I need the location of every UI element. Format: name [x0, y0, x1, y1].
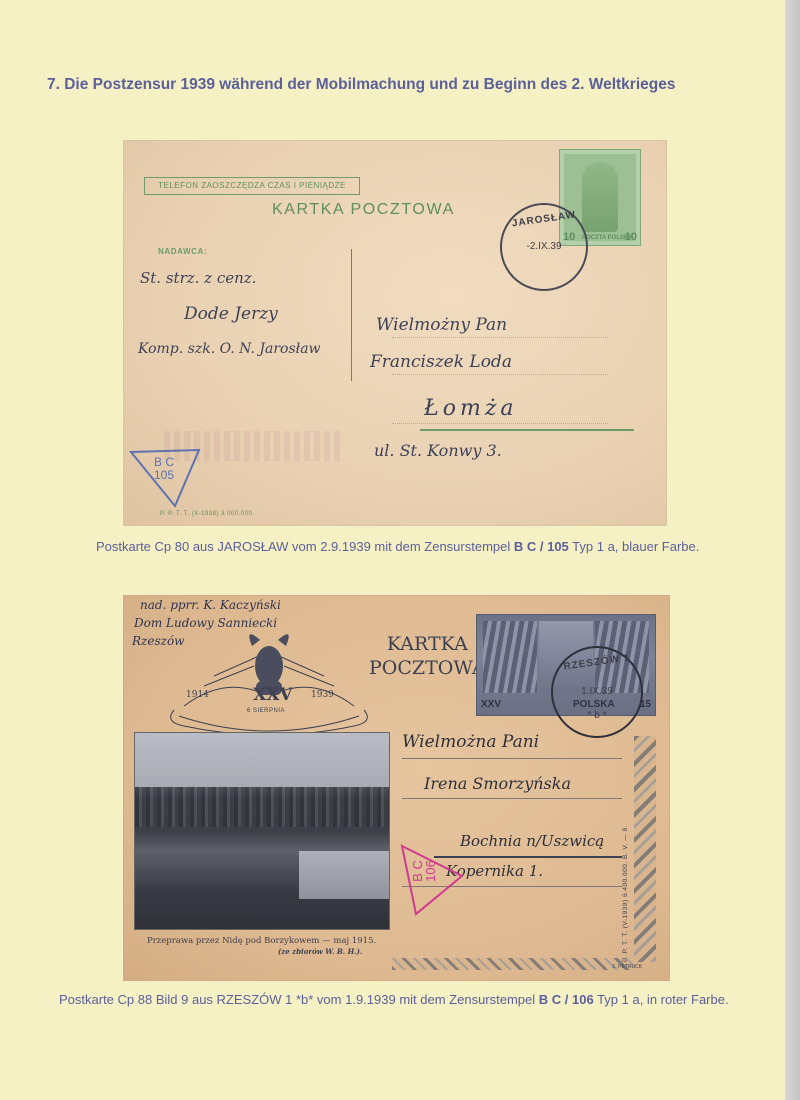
stamp-denomination: 10 [625, 231, 637, 243]
postmark-place: JAROSŁAW [502, 208, 587, 231]
address-line: Wielmożna Pani [402, 732, 539, 752]
censor-number: 106 [424, 849, 437, 893]
stamp-panel-marching-soldiers [483, 621, 537, 693]
postmark-date: -2.IX.39 [502, 241, 586, 252]
photo-source: (ze zbiorów W. B. H.). [278, 947, 362, 956]
caption-censor-code: B C / 106 [539, 992, 594, 1007]
stamp-roman: XXV [481, 695, 501, 715]
caption: Postkarte Cp 88 Bild 9 aus RZESZÓW 1 *b*… [59, 992, 729, 1007]
photo-crowd [135, 787, 389, 827]
postmark: JAROSŁAW -2.IX.39 [500, 203, 588, 291]
address-line: Wielmożny Pan [376, 315, 507, 335]
historic-photo [134, 732, 390, 930]
page-edge [785, 0, 800, 1100]
photo-caption: Przeprawa przez Nidę pod Borzykowem — ma… [147, 936, 376, 946]
sender-line: nad. pprr. K. Kaczyński [140, 598, 281, 612]
stamp-figure-image [582, 162, 618, 232]
sender-line: Rzeszów [132, 634, 184, 648]
postmark-suffix: * b * [553, 710, 641, 721]
album-page: 7. Die Postzensur 1939 während der Mobil… [0, 0, 785, 1100]
caption-text: Postkarte Cp 88 Bild 9 aus RZESZÓW 1 *b*… [59, 992, 539, 1007]
censor-stamp-text: B C 105 [139, 456, 189, 482]
printer-mark: S. PETRUCK [612, 964, 642, 970]
address-rule [402, 758, 622, 759]
page-title: 7. Die Postzensur 1939 während der Mobil… [47, 76, 675, 94]
card-imprint: P. P. T. T. (X-1938) 3.000.000. [160, 511, 254, 517]
caption-text: Postkarte Cp 80 aus JAROSŁAW vom 2.9.193… [96, 539, 514, 554]
emblem-year-end: 1939 [311, 690, 334, 700]
ribbon-border-bottom [392, 958, 634, 970]
address-rule [392, 423, 608, 424]
postcard-rzeszow: 1914 XXV 1939 6 SIERPNIA nad. pprr. K. K… [124, 596, 669, 980]
advert-box: TELEFON ZAOSZCZĘDZA CZAS I PIENIĄDZE [144, 177, 360, 195]
address-line: Bochnia n/Uszwicą [460, 832, 604, 850]
address-line: Łomża [424, 396, 518, 421]
sender-line: St. strz. z cenz. [140, 269, 256, 287]
caption-censor-code: B C / 105 [514, 539, 569, 554]
address-rule [392, 374, 608, 375]
caption-text: Typ 1 a, blauer Farbe. [569, 539, 700, 554]
address-line: Franciszek Loda [370, 352, 512, 372]
censor-number: 105 [139, 469, 189, 482]
emblem-roman: XXV [253, 685, 293, 705]
censor-stamp: B C 106 [398, 844, 470, 916]
ribbon-border-right [634, 736, 656, 962]
address-rule [392, 337, 608, 338]
sender-label: NADAWCA: [158, 247, 207, 256]
censor-stamp: B C 105 [129, 448, 201, 508]
card-heading: KARTKA POCZTOWA [272, 201, 455, 219]
card-imprint: P. P. T. T. (V-1939) 6.400.000. B. V. — … [622, 825, 629, 962]
emblem-date: 6 SIERPNIA [247, 708, 285, 714]
postmark-date: 1.IX.39 [553, 686, 641, 697]
sender-line: Dom Ludowy Sanniecki [134, 616, 277, 630]
eagle-emblem-icon [164, 626, 374, 736]
caption-text: Typ 1 a, in roter Farbe. [594, 992, 729, 1007]
card-divider [351, 249, 352, 381]
photo-river [299, 851, 389, 899]
postcard-jaroslaw: TELEFON ZAOSZCZĘDZA CZAS I PIENIĄDZE KAR… [124, 141, 666, 525]
postmark: RZESZÓW 1 1.IX.39 * b * [551, 646, 643, 738]
caption: Postkarte Cp 80 aus JAROSŁAW vom 2.9.193… [96, 539, 699, 554]
censor-stamp-text: B C 106 [411, 849, 437, 893]
address-line: Irena Smorzyńska [424, 774, 571, 793]
sender-line: Komp. szk. O. N. Jarosław [138, 341, 321, 357]
address-rule [402, 798, 622, 799]
address-line: ul. St. Konwy 3. [374, 441, 502, 460]
address-rule [420, 429, 634, 431]
card-heading-line: KARTKA [369, 632, 486, 656]
card-heading-line: POCZTOWA [369, 656, 486, 680]
sender-line: Dode Jerzy [184, 304, 278, 324]
emblem-year-start: 1914 [186, 690, 209, 700]
card-heading: KARTKA POCZTOWA [369, 632, 486, 680]
